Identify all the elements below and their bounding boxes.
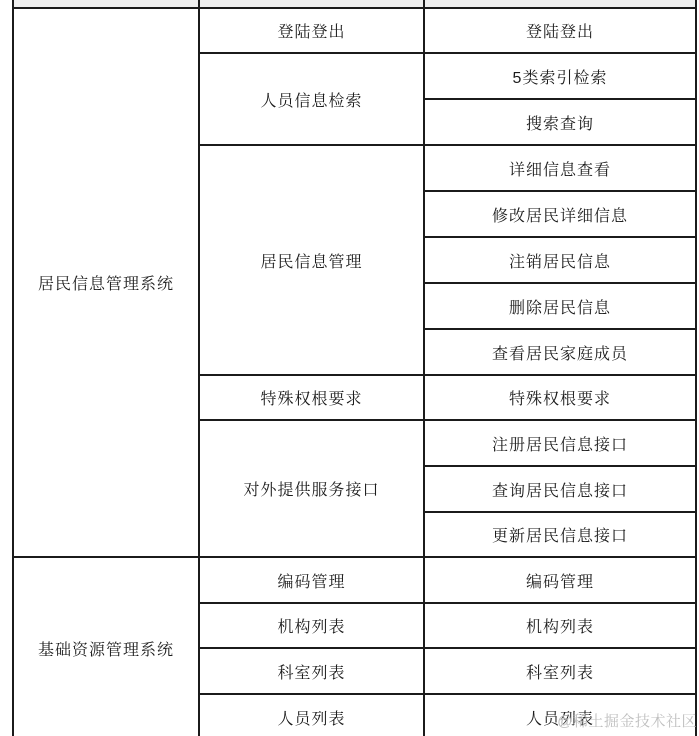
function-cell: 科室列表 [424,648,696,694]
function-cell: 注销居民信息 [424,237,696,283]
module-cell: 人员列表 [199,694,424,736]
module-cell: 编码管理 [199,557,424,603]
function-cell: 编码管理 [424,557,696,603]
table-row: 居民信息管理系统 登陆登出 登陆登出 [13,8,696,53]
function-cell: 登陆登出 [424,8,696,53]
module-cell: 居民信息管理 [199,145,424,375]
function-cell: 搜索查询 [424,99,696,145]
function-cell: 更新居民信息接口 [424,512,696,557]
function-cell: 特殊权根要求 [424,375,696,420]
function-cell: 注册居民信息接口 [424,420,696,466]
function-cell: 5类索引检索 [424,53,696,99]
table-row: 基础资源管理系统 编码管理 编码管理 [13,557,696,603]
module-cell: 特殊权根要求 [199,375,424,420]
function-cell: 人员列表 [424,694,696,736]
system-cell: 基础资源管理系统 [13,557,199,736]
module-cell: 对外提供服务接口 [199,420,424,557]
module-cell: 科室列表 [199,648,424,694]
module-cell: 登陆登出 [199,8,424,53]
function-cell: 修改居民详细信息 [424,191,696,237]
system-module-function-table: 居民信息管理系统 登陆登出 登陆登出 人员信息检索 5类索引检索 搜索查询 居民… [12,0,697,736]
function-cell: 详细信息查看 [424,145,696,191]
function-cell: 删除居民信息 [424,283,696,329]
function-cell: 查看居民家庭成员 [424,329,696,375]
cropped-cell [13,0,199,8]
cropped-row [13,0,696,8]
system-cell: 居民信息管理系统 [13,8,199,557]
cropped-cell [199,0,424,8]
module-cell: 人员信息检索 [199,53,424,145]
function-cell: 查询居民信息接口 [424,466,696,512]
function-cell: 机构列表 [424,603,696,648]
cropped-cell [424,0,696,8]
page: 居民信息管理系统 登陆登出 登陆登出 人员信息检索 5类索引检索 搜索查询 居民… [0,0,699,736]
module-cell: 机构列表 [199,603,424,648]
